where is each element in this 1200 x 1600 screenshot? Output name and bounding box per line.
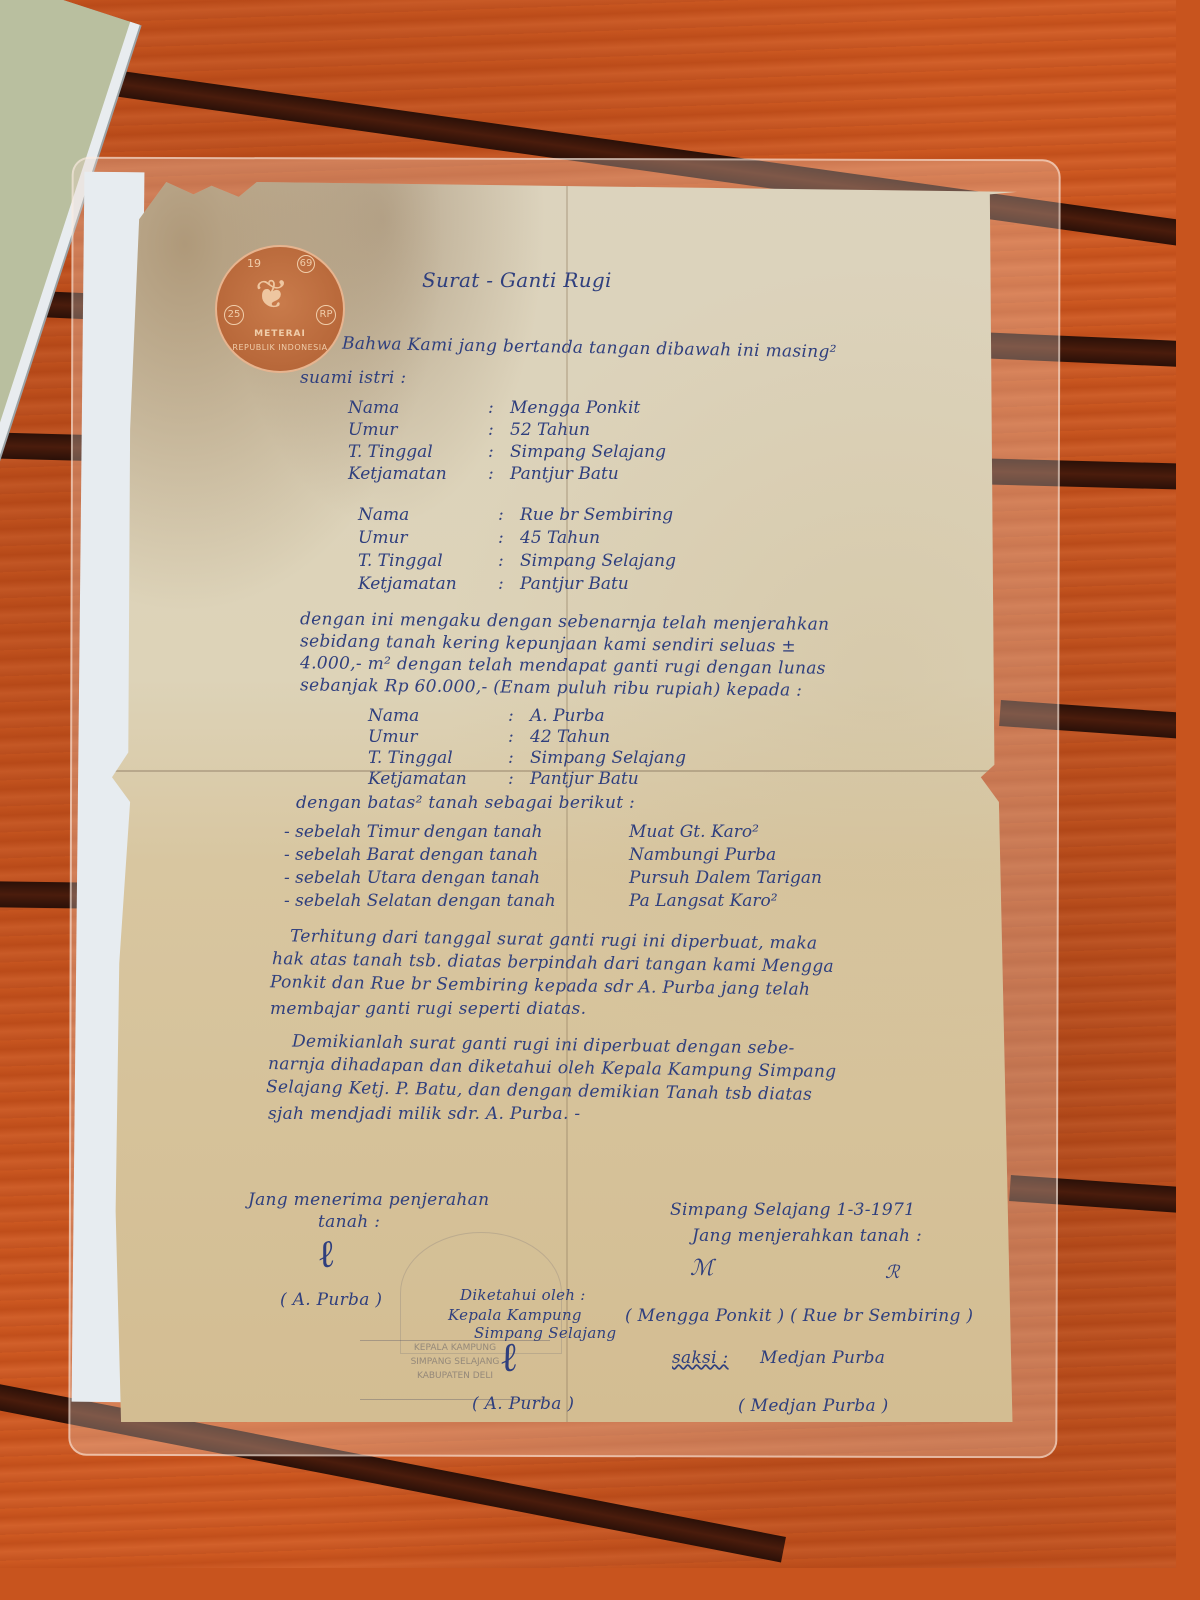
field-row: Ketjamatan:Pantjur Batu <box>368 769 639 789</box>
giver-names: ( Mengga Ponkit ) ( Rue br Sembiring ) <box>625 1306 973 1326</box>
giver-label: Jang menjerahkan tanah : <box>692 1226 922 1246</box>
giver2-signature: ℛ <box>885 1262 899 1283</box>
paragraph2-line: sjah mendjadi milik sdr. A. Purba. - <box>268 1104 580 1124</box>
kepala-kampung-stamp: KEPALA KAMPUNG SIMPANG SELAJANG KABUPATE… <box>360 1340 550 1400</box>
field-row: Umur:45 Tahun <box>358 528 600 548</box>
boundary-row: - sebelah Timur dengan tanahMuat Gt. Kar… <box>284 822 759 842</box>
known-by-label: Kepala Kampung <box>448 1306 582 1324</box>
field-row: T. Tinggal:Simpang Selajang <box>358 551 676 571</box>
place-date: Simpang Selajang 1-3-1971 <box>670 1200 915 1220</box>
field-row: T. Tinggal:Simpang Selajang <box>348 442 666 462</box>
paragraph1-line: membajar ganti rugi seperti diatas. <box>270 999 586 1019</box>
field-row: Nama:Mengga Ponkit <box>348 398 640 418</box>
revenue-stamp: 19 69 ❦ 25 RP METERAI REPUBLIK INDONESIA <box>215 245 345 373</box>
head-name: ( A. Purba ) <box>472 1394 574 1414</box>
witness-label: saksi : <box>672 1348 729 1368</box>
field-row: Umur:52 Tahun <box>348 420 590 440</box>
witness-signed-name: ( Medjan Purba ) <box>738 1396 889 1416</box>
witness-name: Medjan Purba <box>760 1348 885 1368</box>
field-row: Ketjamatan:Pantjur Batu <box>358 574 629 594</box>
receiver-name: ( A. Purba ) <box>280 1290 382 1310</box>
intro-line: suami istri : <box>300 368 406 388</box>
document-title: Surat - Ganti Rugi <box>422 268 612 292</box>
stamp-value: 25 <box>224 305 244 325</box>
stamp-year-left: 19 <box>247 257 261 270</box>
stamp-year-right: 69 <box>297 255 315 273</box>
field-row: T. Tinggal:Simpang Selajang <box>368 748 686 768</box>
receiver-label: Jang menerima penjerahan <box>248 1190 489 1210</box>
garuda-emblem-icon: ❦ <box>255 275 289 315</box>
known-by-label: Diketahui oleh : <box>460 1286 586 1304</box>
stamp-issuer: REPUBLIK INDONESIA <box>217 343 343 352</box>
boundaries-intro: dengan batas² tanah sebagai berikut : <box>296 793 635 813</box>
field-row: Umur:42 Tahun <box>368 727 610 747</box>
field-row: Nama:Rue br Sembiring <box>358 505 673 525</box>
stamp-label: METERAI <box>217 329 343 339</box>
ornamental-border <box>0 0 2 437</box>
giver1-signature: ℳ <box>690 1256 714 1281</box>
receiver-label: tanah : <box>318 1212 380 1232</box>
field-row: Ketjamatan:Pantjur Batu <box>348 464 619 484</box>
boundary-row: - sebelah Barat dengan tanahNambungi Pur… <box>284 845 776 865</box>
field-row: Nama:A. Purba <box>368 706 605 726</box>
boundary-row: - sebelah Utara dengan tanahPursuh Dalem… <box>284 868 822 888</box>
stamp-currency: RP <box>316 305 336 325</box>
boundary-row: - sebelah Selatan dengan tanahPa Langsat… <box>284 891 778 911</box>
